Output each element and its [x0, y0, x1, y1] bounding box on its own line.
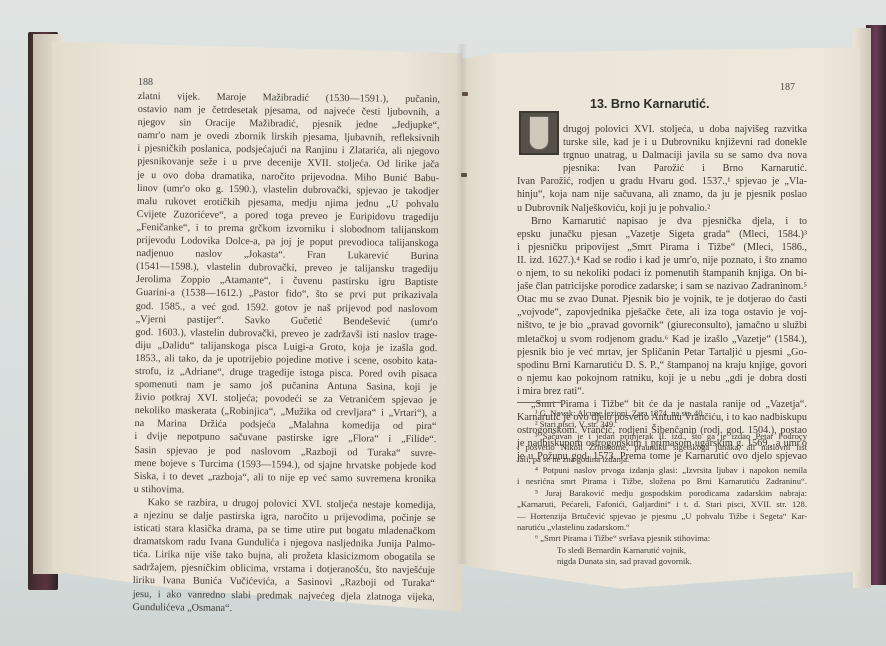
text-line: pjesnika: Ivan Parožić i Brno Karnarutić…: [563, 162, 807, 175]
text-line: „vojvode“, zapovjednika pješačke čete, a…: [517, 306, 807, 319]
footnote-line: „Karnaruti, Pećareli, Fafonići, Galjardi…: [517, 499, 807, 510]
text-line: ništvo, te je bio „pravad govornik“ (giu…: [517, 319, 807, 332]
text-line: hinju“, koja nam nije sačuvana, ali znam…: [517, 188, 807, 201]
footnote-line: — Hortenzija Brtučević spjevao je pjesmu…: [517, 511, 807, 522]
text-line: i mira brez rati“.: [517, 385, 807, 398]
text-line: u Dubrovnik Nalješkoviću, koji ju je poh…: [517, 202, 807, 215]
verse-line: To sledi Bernardin Karnarutić vojnik,: [517, 545, 807, 556]
text-line: drugoj polovici XVI. stoljeća, u doba na…: [563, 123, 807, 136]
text-line: turske sile, kad je i u Dubrovniku knjiž…: [563, 136, 807, 149]
footnote-line: ¹ G. Novak: Alcune lezioni. Zara 1874. n…: [517, 408, 807, 419]
footnote-line: i nesrićna smrt Pirama i Tižbe, složena …: [517, 476, 807, 487]
text-line: o njemu kao pokojnom ratniku, koji je u …: [517, 372, 807, 385]
binding-thread-mark: [462, 92, 468, 96]
text-line: II. izd. 1627.).⁴ Kad se rodio i kad je …: [517, 254, 807, 267]
left-page-body: zlatni vijek. Maroje Mažibradić (1530—15…: [133, 90, 440, 617]
footnote-line: narutiću „vlastelinu zadarskom.“: [517, 522, 807, 533]
text-line: jaše član patricijske porodice zadarske;…: [517, 280, 807, 293]
text-line: epsku junačku pjesan „Vazetje Sigeta gra…: [517, 228, 807, 241]
footnote-line: ⁴ Potpuni naslov prvoga izdanja glasi: „…: [517, 465, 807, 476]
text-line: spodinu Brni Karnarutiću D. S. P.,“ štam…: [517, 359, 807, 372]
page-number-left: 188: [138, 77, 153, 88]
footnote-divider: [517, 402, 561, 403]
footnote-line: ² Stari pisci, V. str. 349.: [517, 419, 807, 430]
text-line: pjesnik bio je već mrtav, jer Spličanin …: [517, 346, 807, 359]
footnote-line: ⁵ Juraj Baraković medju gospodskim porod…: [517, 488, 807, 499]
footnotes: ¹ G. Novak: Alcune lezioni. Zara 1874. n…: [517, 408, 807, 568]
text-line: Otac mu se zvao Dunat. Pjesnik bio je vo…: [517, 293, 807, 306]
footnote-line: fali, pa se ne zna godina izdanja.: [517, 454, 807, 465]
text-line: o njem, to su nekoliki podaci iz pomenut…: [517, 267, 807, 280]
text-line: trgnuo unatrag, u Dalmaciji javila su se…: [563, 149, 807, 162]
book-gutter: [456, 44, 468, 564]
text-line: Ivan Parožić, rodjen u gradu Hvaru god. …: [517, 175, 807, 188]
footnote-line: i posvetio Nikoli Zrinskome, praunuku si…: [517, 442, 807, 453]
text-line: mletačkoj u svom rodjenom gradu.⁶ Kad je…: [517, 333, 807, 346]
page-number-right: 187: [780, 82, 795, 93]
text-line: Brno Karnarutić napisao je dva pjesnička…: [517, 215, 807, 228]
footnote-line: ³ Sačuvan je i jedan primjerak II. izd.,…: [517, 431, 807, 442]
verse-line: nigda Dunata sin, sad pravad govornik.: [517, 556, 807, 567]
text-line: i pjesničku pripovijest „Smrt Pirama i T…: [517, 241, 807, 254]
binding-thread-mark: [461, 173, 467, 177]
drop-cap-wrapped-lines: drugoj polovici XVI. stoljeća, u doba na…: [563, 123, 807, 175]
footnote-line: ⁶ „Smrt Pirama i Tižbe“ svršava pjesnik …: [517, 533, 807, 544]
chapter-title: 13. Brno Karnarutić.: [590, 97, 709, 111]
